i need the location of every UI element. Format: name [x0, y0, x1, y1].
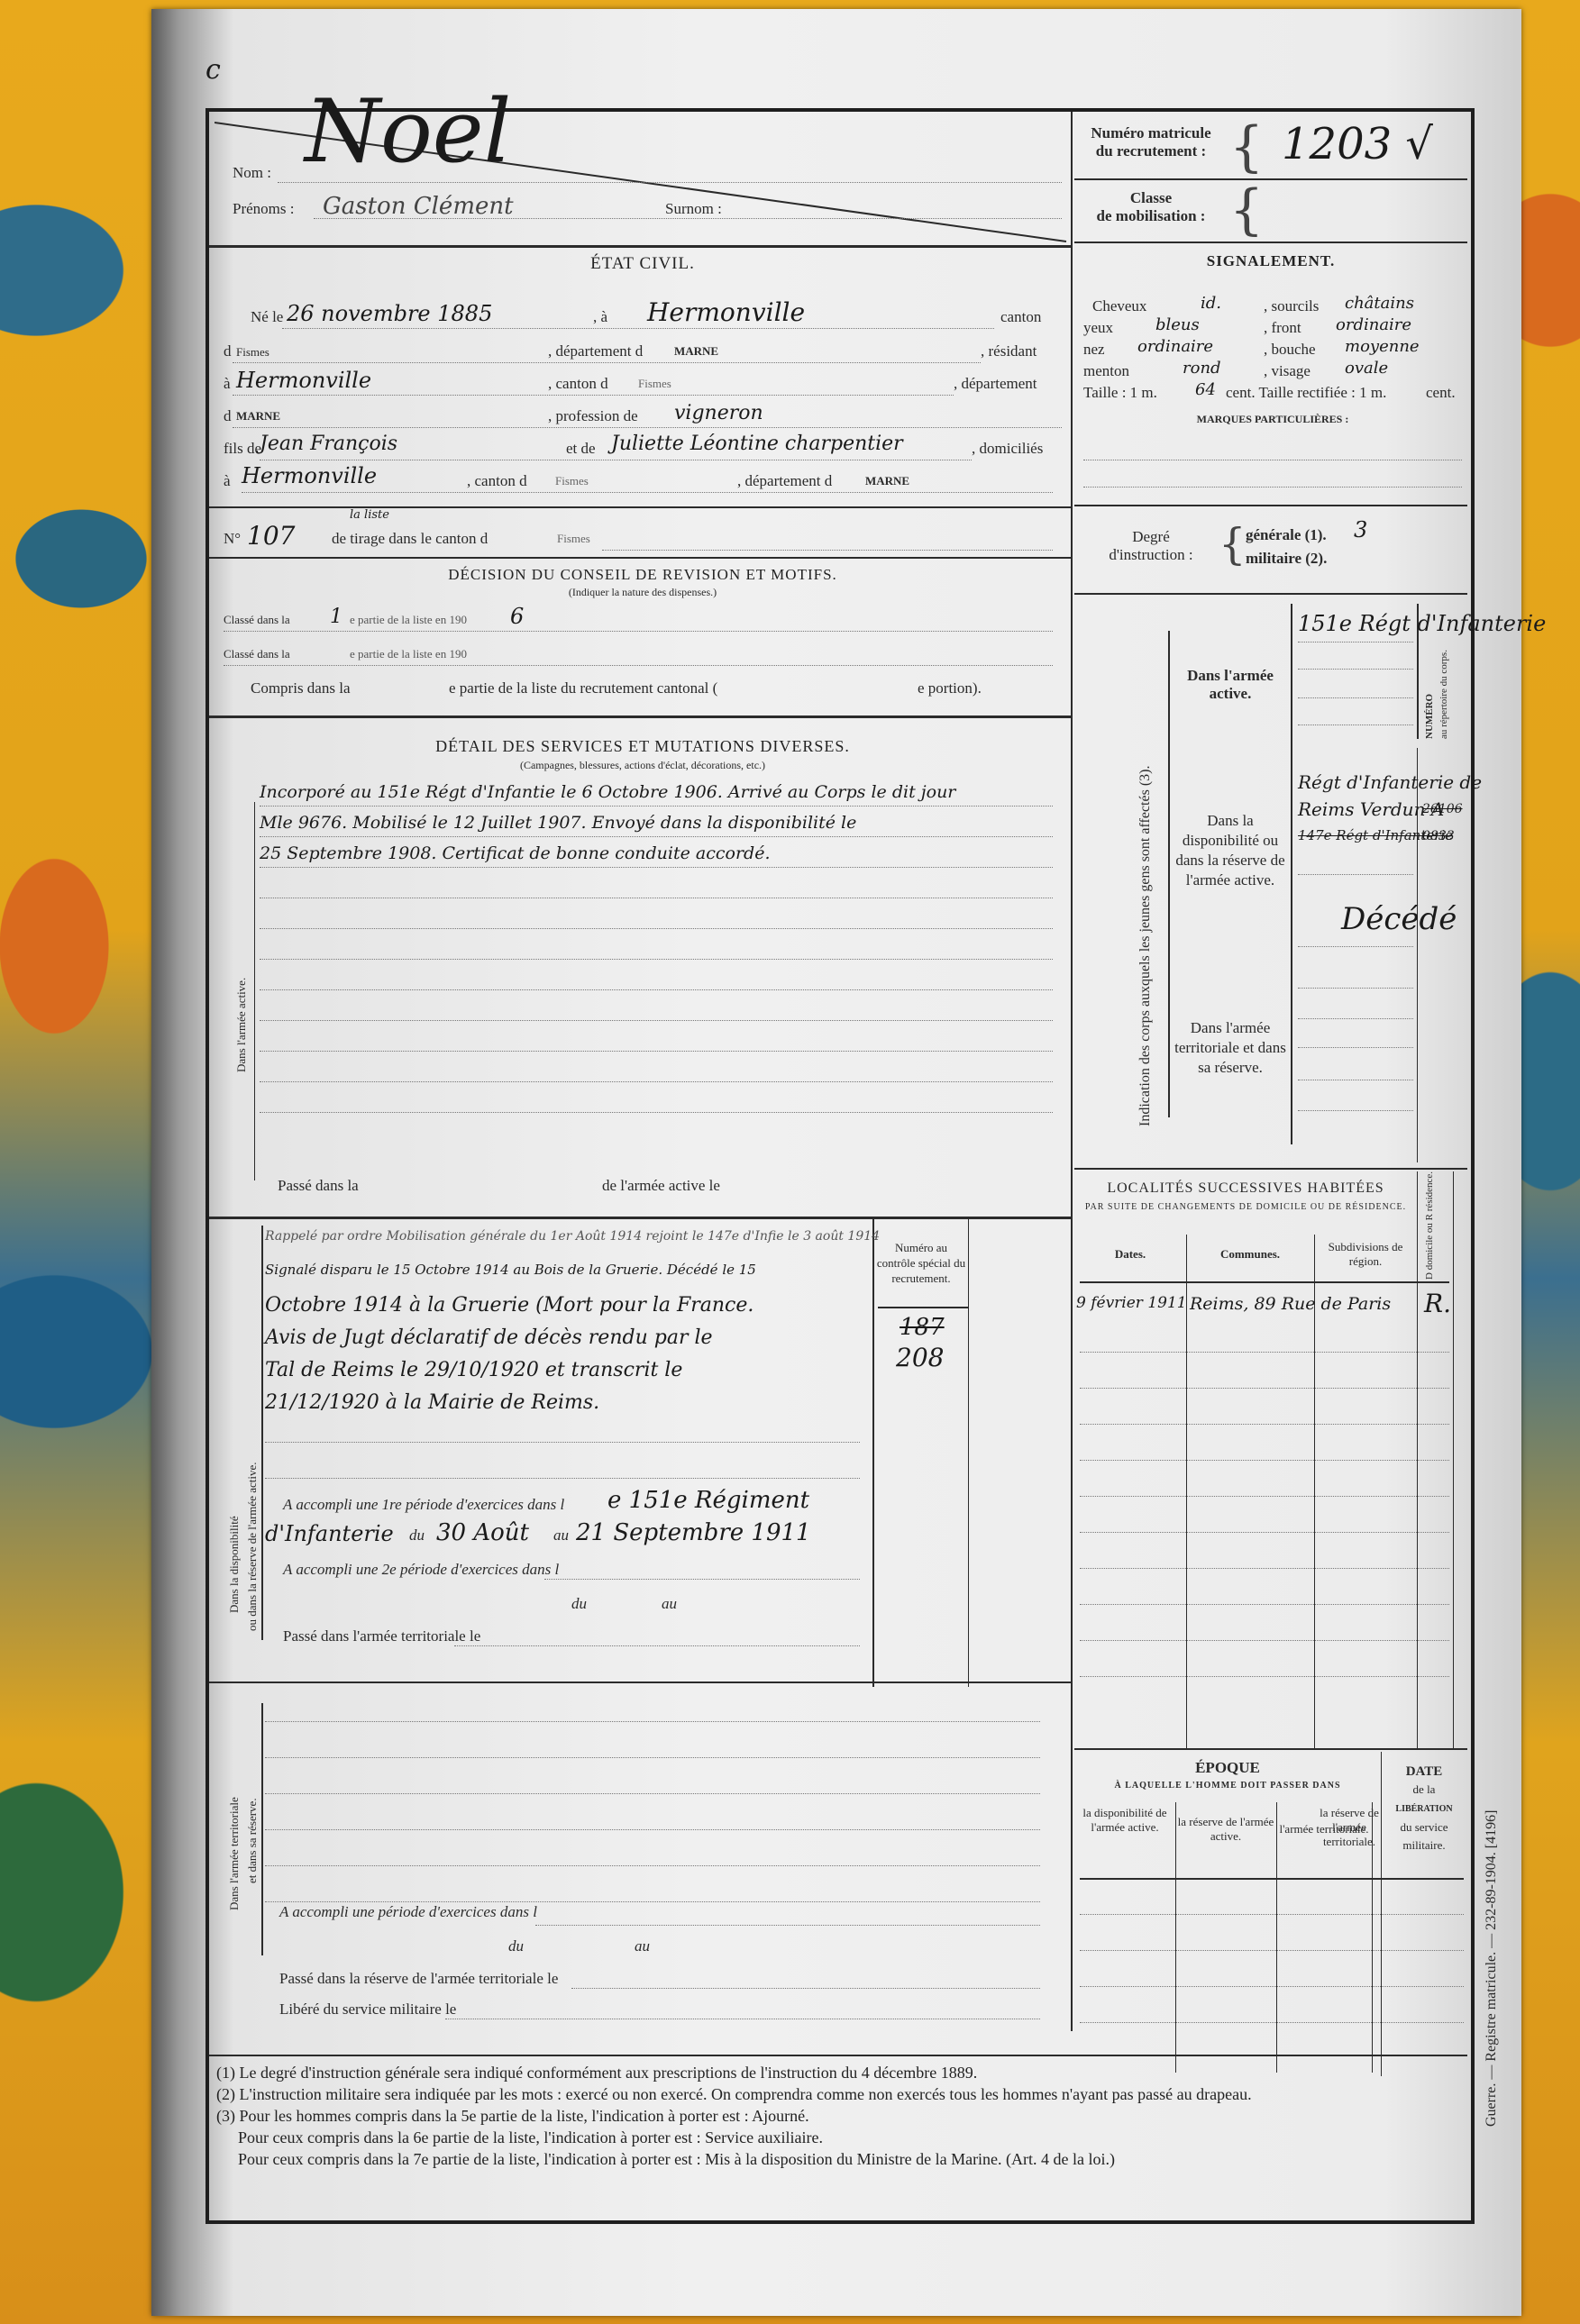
brace-icon: { [1229, 178, 1264, 242]
menton-value: rond [1183, 359, 1221, 378]
margin-print: Guerre. — Registre matricule. — 232-89-1… [1484, 1810, 1500, 2127]
prenoms-label: Prénoms : [233, 200, 294, 218]
identity-block: Nom : Noel Prénoms : Gaston Clément Surn… [215, 117, 1071, 243]
services-line: Incorporé au 151e Régt d'Infantie le 6 O… [260, 782, 955, 802]
visage-value: ovale [1345, 359, 1388, 378]
bouche-value: moyenne [1345, 337, 1420, 356]
birth-canton: Fismes [236, 345, 269, 360]
localite-date: 9 février 1911 [1076, 1294, 1187, 1312]
etat-civil-block: Né le 26 novembre 1885 , à Hermonville c… [224, 297, 1062, 505]
nez-value: ordinaire [1137, 337, 1213, 356]
numero-controle-struck: 187 [900, 1314, 945, 1341]
top-mark: c [205, 54, 221, 86]
epoque-title: ÉPOQUE [1074, 1759, 1381, 1777]
territoriale-label: Dans l'armée territoriale et dans sa rés… [1174, 1018, 1287, 1078]
territoriale-vertical-label-1: Dans l'armée territoriale [227, 1797, 242, 1910]
brace-icon: { [1229, 115, 1264, 178]
nom-value: Noel [305, 81, 511, 182]
territoriale-block: A accompli une période d'exercices dans … [265, 1694, 1058, 2037]
classe-partie-value: 1 [330, 606, 342, 628]
conseil-block: Classé dans la 1 e partie de la liste en… [224, 604, 1062, 712]
cheveux-value: id. [1201, 294, 1221, 313]
residence: Hermonville [236, 368, 371, 393]
instruction-label: Degréd'instruction : [1083, 528, 1219, 564]
reserve-vertical-label-1: Dans la disponibilité [227, 1516, 242, 1613]
birth-place: Hermonville [647, 297, 805, 327]
mother-name: Juliette Léontine charpentier [611, 433, 903, 455]
localite-commune: Reims, 89 Rue de Paris [1190, 1294, 1391, 1314]
etat-civil-title: ÉTAT CIVIL. [215, 254, 1071, 274]
sourcils-value: châtains [1345, 294, 1414, 313]
epoque-col-reserve-territoriale: la réserve de l'armée territoriale. [1318, 1806, 1381, 1849]
birth-departement: MARNE [674, 344, 718, 359]
classe-year-value: 6 [510, 604, 524, 629]
conseil-title: DÉCISION DU CONSEIL DE REVISION ET MOTIF… [215, 566, 1071, 584]
date-liberation-header: DATE de la LIBÉRATION du service militai… [1381, 1763, 1467, 1855]
reserve-vertical-label-2: ou dans la réserve de l'armée active. [245, 1463, 260, 1632]
localite-type: R. [1424, 1289, 1451, 1318]
footnote: (1) Le degré d'instruction générale sera… [216, 2064, 977, 2082]
reserve-block: Rappelé par ordre Mobilisation générale … [265, 1226, 869, 1685]
footnote: Pour ceux compris dans la 7e partie de l… [238, 2150, 1115, 2169]
col-dates: Dates. [1074, 1247, 1186, 1262]
classe-label: Classede mobilisation : [1074, 189, 1228, 225]
profession: vigneron [674, 402, 763, 424]
active-label: Dans l'armée active. [1174, 667, 1287, 703]
footnote: Pour ceux compris dans la 6e partie de l… [238, 2128, 823, 2147]
father-name: Jean François [260, 433, 397, 455]
epoque-col-dispo: la disponibilité de l'armée active. [1074, 1806, 1175, 1835]
services-line: Mle 9676. Mobilisé le 12 Juillet 1907. E… [260, 813, 856, 833]
dispo-numero-2: 0833 [1422, 829, 1455, 843]
col-domicile: D domicile ou R résidence. [1424, 1171, 1435, 1280]
birth-date: 26 novembre 1885 [287, 301, 492, 326]
active-regiment: 151e Régt d'Infanterie [1298, 611, 1546, 636]
footnote: (2) L'instruction militaire sera indiqué… [216, 2085, 1252, 2104]
matricule-block: Numéro matriculedu recrutement : { 1203 … [1074, 115, 1467, 242]
tirage-number: 107 [247, 521, 295, 551]
epoque-col-reserve: la réserve de l'armée active. [1175, 1815, 1276, 1844]
services-line: 25 Septembre 1908. Certificat de bonne c… [260, 843, 770, 863]
instruction-generale-value: 3 [1354, 517, 1367, 542]
localites-title: LOCALITÉS SUCCESSIVES HABITÉES [1074, 1180, 1417, 1197]
signalement-title: SIGNALEMENT. [1074, 252, 1467, 270]
numero-controle-header: Numéro au contrôle spécial du recrutemen… [876, 1240, 966, 1286]
col-communes: Communes. [1186, 1247, 1314, 1262]
corps-vertical-label: Indication des corps auxquels les jeunes… [1137, 766, 1154, 1126]
services-title: DÉTAIL DES SERVICES ET MUTATIONS DIVERSE… [215, 737, 1071, 756]
yeux-value: bleus [1155, 315, 1200, 334]
periode1-regiment: e 151e Régiment [607, 1487, 809, 1514]
deces-mark: Décédé [1341, 901, 1457, 937]
matricule-label: Numéro matriculedu recrutement : [1074, 124, 1228, 160]
registry-sheet: c Nom : Noel Prénoms : Gaston Clément Su… [151, 9, 1521, 2316]
periode1-end: 21 Septembre 1911 [576, 1519, 811, 1546]
dispo-regiment: Régt d'Infanterie de [1298, 771, 1482, 793]
matricule-value: 1203 √ [1282, 119, 1433, 169]
col-subdivisions: Subdivisions de région. [1314, 1240, 1417, 1269]
services-vertical-label: Dans l'armée active. [234, 978, 249, 1072]
instruction-block: Degréd'instruction : { générale (1). 3 m… [1074, 510, 1467, 591]
surnom-label: Surnom : [665, 200, 722, 218]
services-block: Incorporé au 151e Régt d'Infantie le 6 O… [260, 775, 1062, 1189]
territoriale-vertical-label-2: et dans sa réserve. [245, 1798, 260, 1883]
periode1-start: 30 Août [436, 1519, 529, 1546]
prenoms-value: Gaston Clément [323, 193, 514, 220]
brace-icon: { [1219, 519, 1247, 570]
dispo-numero-1: 26106 [1422, 802, 1463, 816]
front-value: ordinaire [1336, 315, 1411, 334]
dispo-label: Dans la disponibilité ou dans la réserve… [1174, 811, 1287, 890]
tirage-row: N° 107 la liste de tirage dans le canton… [224, 514, 1062, 559]
column-divider [1071, 112, 1073, 2031]
numero-controle-value: 208 [896, 1343, 944, 1372]
taille-value: 64 [1195, 380, 1216, 399]
signalement-block: Cheveux id. , sourcils châtains yeux ble… [1083, 297, 1462, 442]
footnote: (3) Pour les hommes compris dans la 5e p… [216, 2107, 809, 2126]
nom-label: Nom : [233, 164, 271, 182]
